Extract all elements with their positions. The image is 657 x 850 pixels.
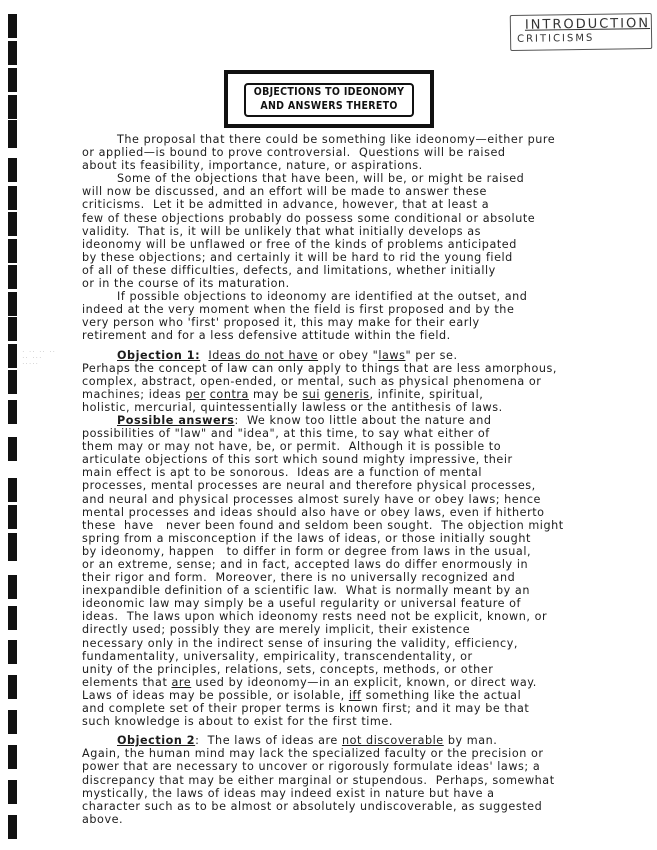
text-line: them may or may not have, be, or permit.…	[82, 440, 642, 453]
handwritten-section-label: INTRODUCTION CRITICISMS	[510, 13, 652, 51]
punch-mark	[8, 95, 17, 119]
punch-mark	[8, 400, 17, 424]
text-line: few of these objections probably do poss…	[82, 212, 642, 225]
punch-mark	[8, 186, 17, 210]
text-line: fundamentality, universality, empiricali…	[82, 650, 642, 663]
text-line: mental processes and ideas should also h…	[82, 506, 642, 519]
punch-mark	[8, 780, 17, 804]
text-line: ideas. The laws upon which ideonomy rest…	[82, 610, 642, 623]
document-body: The proposal that there could be somethi…	[82, 133, 642, 826]
punch-mark	[8, 370, 17, 394]
text-line: holistic, mercurial, quintessentially la…	[82, 401, 642, 414]
punch-mark	[8, 120, 17, 148]
punch-mark	[8, 14, 17, 38]
text-line: validity. That is, it will be unlikely t…	[82, 225, 642, 238]
text-line: elements that are used by ideonomy—in an…	[82, 676, 642, 689]
text-line: spring from a misconception if the laws …	[82, 532, 642, 545]
punch-mark	[8, 478, 17, 502]
punch-mark	[8, 437, 17, 461]
text-line: processes, mental processes are neural a…	[82, 479, 642, 492]
punch-mark	[8, 265, 17, 289]
text-line: machines; ideas per contra may be sui ge…	[82, 388, 642, 401]
text-line: and neural and physical processes almost…	[82, 493, 642, 506]
punch-mark	[8, 292, 17, 316]
text-line: Perhaps the concept of law can only appl…	[82, 362, 642, 375]
text-line: complex, abstract, open-ended, or mental…	[82, 375, 642, 388]
text-line: such knowledge is about to exist for the…	[82, 715, 642, 728]
text-line: or in the course of its maturation.	[82, 277, 642, 290]
answers-1-heading: Possible answers: We know too little abo…	[82, 414, 642, 427]
title-box: OBJECTIONS TO IDEONOMY AND ANSWERS THERE…	[224, 70, 434, 128]
text-line: Laws of ideas may be possible, or isolab…	[82, 689, 642, 702]
text-line: criticisms. Let it be admitted in advanc…	[82, 198, 642, 211]
text-line: ideonomic law may simply be a useful reg…	[82, 597, 642, 610]
text-line: unity of the principles, relations, sets…	[82, 663, 642, 676]
subsection-label: CRITICISMS	[517, 33, 594, 45]
text-line: will now be discussed, and an effort wil…	[82, 185, 642, 198]
text-line: The proposal that there could be somethi…	[82, 133, 642, 146]
punch-mark	[8, 606, 17, 630]
text-line: very person who 'first' proposed it, thi…	[82, 316, 642, 329]
punch-mark	[8, 533, 17, 561]
text-line: indeed at the very moment when the field…	[82, 303, 642, 316]
punch-mark	[8, 158, 17, 182]
objection-2-claim: not discoverable	[342, 734, 444, 747]
text-line: these have never been found and seldom b…	[82, 519, 642, 532]
text-line: power that are necessary to uncover or r…	[82, 760, 642, 773]
section-label: INTRODUCTION	[525, 16, 650, 33]
text-line: ideonomy will be unflawed or free of the…	[82, 238, 642, 251]
text-line: their rigor and form. Moreover, there is…	[82, 571, 642, 584]
text-line: If possible objections to ideonomy are i…	[82, 290, 642, 303]
punch-mark	[8, 239, 17, 263]
objection-1-heading: Objection 1: Ideas do not have or obey "…	[82, 349, 642, 362]
punch-mark	[8, 710, 17, 734]
objection-1-label: Objection 1:	[117, 349, 200, 362]
text-line: character such as to be almost or absolu…	[82, 800, 642, 813]
text-line: and complete set of their proper terms i…	[82, 702, 642, 715]
punch-mark	[8, 344, 17, 368]
punch-mark	[8, 815, 17, 839]
punch-mark	[8, 317, 17, 341]
objection-2-label: Objection 2	[117, 734, 195, 747]
text-line: above.	[82, 813, 642, 826]
page-title: OBJECTIONS TO IDEONOMY AND ANSWERS THERE…	[244, 83, 414, 117]
objection-1-claim: Ideas do not have	[208, 349, 318, 362]
punch-mark	[8, 68, 17, 92]
text-line: directly used; possibly they are merely …	[82, 623, 642, 636]
title-line-2: AND ANSWERS THERETO	[246, 99, 412, 113]
punch-mark	[8, 575, 17, 599]
text-line: Again, the human mind may lack the speci…	[82, 747, 642, 760]
text-line: by these objections; and certainly it wi…	[82, 251, 642, 264]
text-line: possibilities of "law" and "idea", at th…	[82, 427, 642, 440]
punch-mark	[8, 640, 17, 664]
text-line: main effect is apt to be sonorous. Ideas…	[82, 466, 642, 479]
title-line-1: OBJECTIONS TO IDEONOMY	[246, 85, 412, 99]
margin-note: · ·· ·· ·· ·· ··· ·····	[22, 349, 62, 367]
text-line: articulate objections of this sort which…	[82, 453, 642, 466]
text-line: mystically, the laws of ideas may indeed…	[82, 787, 642, 800]
text-line: inexpandible definition of a scientific …	[82, 584, 642, 597]
punch-mark	[8, 745, 17, 769]
punch-mark	[8, 675, 17, 699]
punch-mark	[8, 41, 17, 65]
text-line: Some of the objections that have been, w…	[82, 172, 642, 185]
answers-1-label: Possible answers	[117, 414, 234, 427]
text-line: retirement and for a less defensive atti…	[82, 329, 642, 342]
objection-2-heading: Objection 2: The laws of ideas are not d…	[82, 734, 642, 747]
text-line: necessary only in the indirect sense of …	[82, 637, 642, 650]
text-line: by ideonomy, happen to differ in form or…	[82, 545, 642, 558]
text-line: discrepancy that may be either marginal …	[82, 774, 642, 787]
text-line: about its feasibility, importance, natur…	[82, 159, 642, 172]
punch-mark	[8, 505, 17, 529]
text-line: of all of these difficulties, defects, a…	[82, 264, 642, 277]
text-line: or an extreme, sense; and in fact, accep…	[82, 558, 642, 571]
text-line: or applied—is bound to prove controversi…	[82, 146, 642, 159]
punch-mark	[8, 212, 17, 236]
